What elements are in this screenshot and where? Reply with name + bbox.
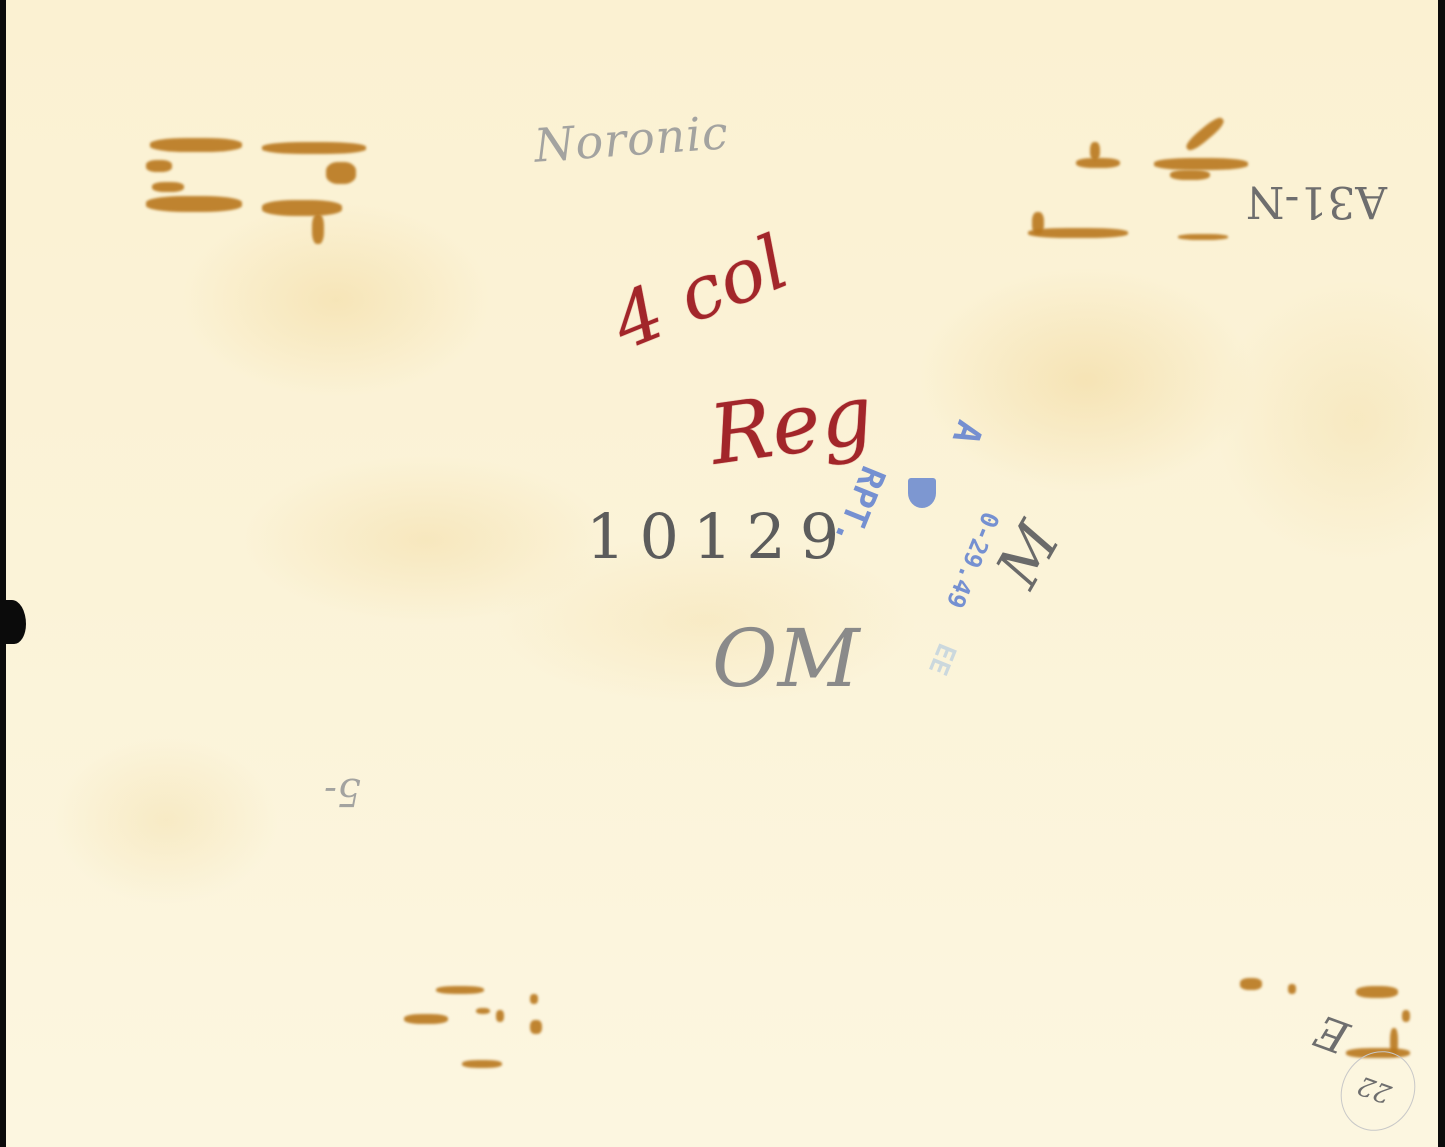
edge-notch xyxy=(0,600,26,644)
photo-back-paper: Noronic A31-N 4 col Reg 10129 OM M A RPT… xyxy=(6,0,1438,1147)
stamp-faint-text: EE xyxy=(922,639,962,679)
small-mark-note: 5- xyxy=(324,770,361,814)
photo-edge-left xyxy=(0,0,6,1147)
initials-note: OM xyxy=(712,612,860,705)
stamp-letter: A xyxy=(944,415,990,449)
stamp-seal xyxy=(908,478,936,508)
photo-edge-right xyxy=(1438,0,1445,1147)
archive-number-note: 10129 xyxy=(586,500,853,573)
ship-name-note: Noronic xyxy=(532,105,730,172)
column-size-note: 4 col xyxy=(600,219,799,366)
catalog-code-note: A31-N xyxy=(1246,176,1387,227)
